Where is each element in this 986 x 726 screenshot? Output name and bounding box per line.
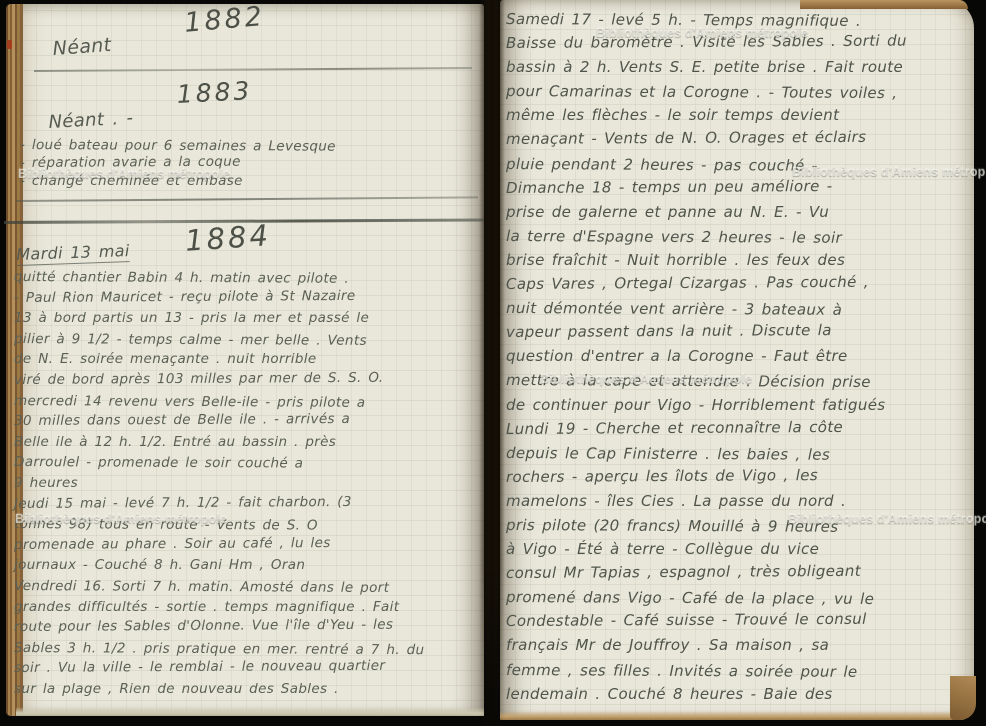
handwritten-line: mamelons - îles Cies . La passe du nord … — [506, 489, 907, 513]
page-left-bottom-edge — [16, 707, 484, 716]
library-watermark: Bibliothèques d'Amiens métropole — [596, 26, 808, 40]
handwritten-line: promenade au phare . Soir au café , lu l… — [14, 532, 425, 555]
handwritten-line: même les flèches - le soir temps devient — [506, 103, 907, 127]
entry-1883-lines: - loué bateau pour 6 semaines a Levesque… — [20, 136, 336, 190]
handwritten-line: lendemain . Couché 8 heures - Baie des — [506, 682, 907, 706]
handwritten-line: vapeur passent dans la nuit . Discute la — [506, 318, 907, 345]
handwritten-line: 30 milles dans ouest de Belle ile . - ar… — [14, 409, 425, 432]
page-right-bottom-edge — [500, 711, 970, 720]
handwritten-line: prise de galerne et panne au N. E. - Vu — [506, 200, 907, 224]
handwritten-line: menaçant - Vents de N. O. Orages et écla… — [506, 125, 907, 152]
handwritten-line: pour Camarinas et la Corogne . - Toutes … — [506, 79, 907, 105]
handwritten-line: journaux - Couché 8 h. Gani Hm , Oran — [14, 555, 424, 576]
right-page-lines: Samedi 17 - levé 5 h. - Temps magnifique… — [506, 7, 907, 706]
handwritten-line: Darroulel - promenade le soir couché a — [14, 452, 425, 475]
library-watermark: Bibliothèques d'Amiens métropole — [788, 512, 986, 526]
entry-1884-date-text: Mardi 13 mai — [16, 241, 130, 266]
book-gutter-shadow — [479, 0, 505, 726]
handwritten-line: sur la plage , Rien de nouveau des Sable… — [14, 679, 424, 700]
handwritten-line: Vendredi 16. Sorti 7 h. matin. Amosté da… — [14, 576, 425, 599]
handwritten-line: - Paul Rion Mauricet - reçu pilote à St … — [14, 285, 425, 308]
handwritten-line: Jeudi 15 mai - levé 7 h. 1/2 - fait char… — [14, 491, 425, 514]
handwritten-line: pilier à 9 1/2 - temps calme - mer belle… — [14, 329, 425, 352]
handwritten-line: brise fraîchit - Nuit horrible . les feu… — [506, 248, 907, 272]
handwritten-line: Lundi 19 - Cherche et reconnaître la côt… — [506, 414, 907, 441]
library-watermark: Bibliothèques d'Amiens métropole — [540, 372, 752, 386]
entry-1882-neant: Néant — [52, 34, 112, 60]
page-right-corner-wedge — [950, 676, 976, 720]
entry-1883-title: Néant . - — [48, 108, 134, 133]
handwritten-line: Condestable - Café suisse - Trouvé le co… — [506, 607, 907, 634]
handwritten-line: 13 à bord partis un 13 - pris la mer et … — [14, 308, 424, 329]
handwritten-line: Caps Vares , Ortegal Cizargas . Pas couc… — [506, 270, 907, 297]
entry-1884-date: Mardi 13 mai — [16, 241, 130, 264]
handwritten-line: route pour les Sables d'Olonne. Vue l'îl… — [14, 615, 425, 638]
entry-1884-lines: quitté chantier Babin 4 h. matin avec pi… — [14, 267, 424, 699]
handwritten-line: français Mr de Jouffroy . Sa maison , sa — [506, 633, 907, 657]
handwritten-line: question d'entrer a la Corogne - Faut êt… — [506, 344, 907, 368]
year-heading-1883: 1883 — [176, 76, 253, 109]
handwritten-line: soir . Vu la ville - le remblai - le nou… — [14, 656, 425, 679]
handwritten-line: de continuer pour Vigo - Horriblement fa… — [506, 393, 907, 417]
spine-red-mark — [7, 40, 12, 49]
handwritten-line: à Vigo - Été à terre - Collègue du vice — [506, 537, 907, 561]
library-watermark: Bibliothèques d'Amiens métropole — [18, 167, 230, 181]
handwritten-line: femme , ses filles . Invités a soirée po… — [506, 658, 907, 684]
handwritten-line: la terre d'Espagne vers 2 heures - le so… — [506, 224, 907, 250]
handwritten-line: Belle ile à 12 h. 1/2. Entré au bassin .… — [14, 432, 424, 453]
handwritten-line: 9 heures — [14, 473, 424, 494]
library-watermark: Bibliothèques d'Amiens métropole — [15, 512, 227, 526]
handwritten-line: rochers - aperçu les îlots de Vigo , les — [506, 462, 907, 489]
scanned-diary-spread: 1882 Néant 1883 Néant . - - loué bateau … — [0, 0, 986, 726]
year-heading-1884: 1884 — [184, 218, 272, 258]
handwritten-line: bassin à 2 h. Vents S. E. petite brise .… — [506, 55, 907, 79]
library-watermark: Bibliothèques d'Amiens métropole — [792, 165, 986, 179]
handwritten-line: viré de bord après 103 milles par mer de… — [14, 367, 425, 390]
handwritten-line: consul Mr Tapias , espagnol , très oblig… — [506, 559, 907, 586]
